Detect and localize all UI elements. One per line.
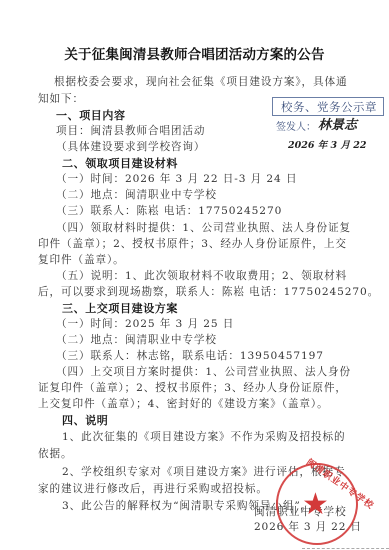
note-1-line-2: 依据。 (38, 446, 72, 461)
submit-materials-line-2: 证复印件（盖章）；2、授权书原件；3、经办人身份证原件， (38, 380, 347, 395)
submit-place: （二）地点：闽清职业中专学校 (56, 332, 217, 347)
submit-time: （一）时间：2025 年 3 月 25 日 (56, 316, 234, 331)
stamp-signer-label: 签发人： (276, 118, 316, 133)
submit-materials-line-1: （四）上交项目方案时提供：1、公司营业执照、法人身份 (56, 364, 351, 379)
section-3-heading: 三、上交项目建设方案 (62, 300, 178, 316)
intro-line-1: 根据校委会要求，现向社会征集《项目建设方案》，具体通 (54, 74, 348, 89)
project-note: （具体建设要求到学校咨询） (56, 139, 205, 154)
seal-star-icon: ★ (302, 490, 329, 520)
collect-contact: （三）联系人：陈崧 电话：17750245270 (56, 203, 282, 218)
collect-notes-line-2: 后，可以要求到现场勘察，联系人：陈崧 电话：17750245270。 (38, 284, 379, 299)
submit-materials-line-3: 上交复印件（盖章）；4、密封好的《建设方案》（盖章）。 (38, 396, 329, 411)
collect-materials-line-2: 印件（盖章）；2、授权书原件；3、经办人身份证原件，上交 (38, 236, 347, 251)
section-2-heading: 二、领取项目建设材料 (62, 155, 178, 171)
collect-materials-line-1: （四）领取材料时提供：1、公司营业执照、法人身份证复 (56, 220, 351, 235)
collect-place: （二）地点：闽清职业中专学校 (56, 187, 217, 202)
note-1-line-1: 1、此次征集的《项目建设方案》不作为采购及招投标的 (62, 429, 346, 444)
notice-page: 关于征集闽清县教师合唱团活动方案的公告 根据校委会要求，现向社会征集《项目建设方… (0, 0, 389, 550)
note-2-line-2: 家的建议进行修改后，再进行采购或招投标。 (38, 481, 268, 496)
submit-contact: （三）联系人：林志铭，联系电话：13950457197 (56, 348, 324, 363)
collect-time: （一）时间：2026 年 3 月 22 日-3 月 24 日 (56, 171, 297, 186)
section-1-heading: 一、项目内容 (56, 107, 126, 123)
stamp-signature: 林景志 (318, 114, 357, 133)
stamp-date: 2026 年 3 月 22 (288, 137, 367, 151)
project-name: 项目：闽清县教师合唱团活动 (56, 123, 205, 138)
section-4-heading: 四、说明 (62, 412, 108, 428)
collect-materials-line-3: 复印件（盖章）。 (38, 252, 125, 267)
page-edge-divider (302, 548, 389, 549)
collect-notes-line-1: （五）说明：1、此次领取材料不收取费用；2、领取材料 (56, 268, 347, 283)
document-title: 关于征集闽清县教师合唱团活动方案的公告 (0, 43, 389, 63)
intro-line-2: 知如下： (38, 91, 84, 106)
